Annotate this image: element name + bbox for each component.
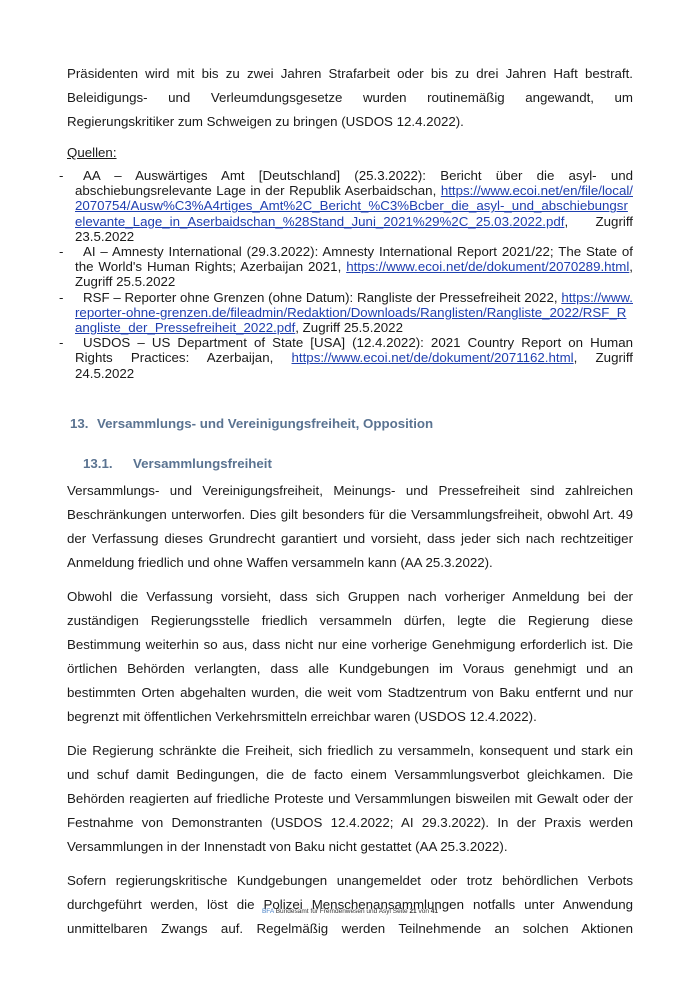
subsection-heading: 13.1.Versammlungsfreiheit [83,455,633,473]
body-paragraph: Sofern regierungskritische Kundgebungen … [67,869,633,941]
list-dash: - [59,168,73,183]
source-link[interactable]: https://www.ecoi.net/de/dokument/2070289… [346,259,629,274]
source-item: -USDOS – US Department of State [USA] (1… [67,335,633,381]
sources-list: -AA – Auswärtiges Amt [Deutschland] (25.… [67,168,633,381]
intro-paragraph: Präsidenten wird mit bis zu zwei Jahren … [67,62,633,134]
page-footer: BFA Bundesamt für Fremdenwesen und Asyl … [0,908,700,915]
list-dash: - [59,244,73,259]
footer-of-label: von [418,908,428,915]
page-number: 21 [409,908,416,915]
source-item: -AA – Auswärtiges Amt [Deutschland] (25.… [67,168,633,244]
source-item: -RSF – Reporter ohne Grenzen (ohne Datum… [67,290,633,336]
source-link[interactable]: https://www.ecoi.net/de/dokument/2071162… [292,350,574,365]
footer-page-label: Seite [393,908,408,915]
footer-org: Bundesamt für Fremdenwesen und Asyl [276,908,391,915]
source-text: RSF – Reporter ohne Grenzen (ohne Datum)… [75,290,558,305]
body-paragraph: Die Regierung schränkte die Freiheit, si… [67,739,633,859]
source-item: -AI – Amnesty International (29.3.2022):… [67,244,633,290]
sources-title: Quellen: [67,144,633,162]
section-number: 13. [70,415,97,433]
subsection-title: Versammlungsfreiheit [133,456,272,471]
section-heading: 13.Versammlungs- und Vereinigungsfreihei… [70,415,633,433]
body-paragraph: Obwohl die Verfassung vorsieht, dass sic… [67,585,633,729]
section-title: Versammlungs- und Vereinigungsfreiheit, … [97,416,433,431]
body-paragraph: Versammlungs- und Vereinigungsfreiheit, … [67,479,633,575]
list-dash: - [59,290,73,305]
list-dash: - [59,335,73,350]
subsection-number: 13.1. [83,455,133,473]
bfa-logo: BFA [262,908,274,915]
source-access: , Zugriff 25.5.2022 [295,320,403,335]
page-total: 41 [431,908,438,915]
document-page: Präsidenten wird mit bis zu zwei Jahren … [67,62,633,951]
